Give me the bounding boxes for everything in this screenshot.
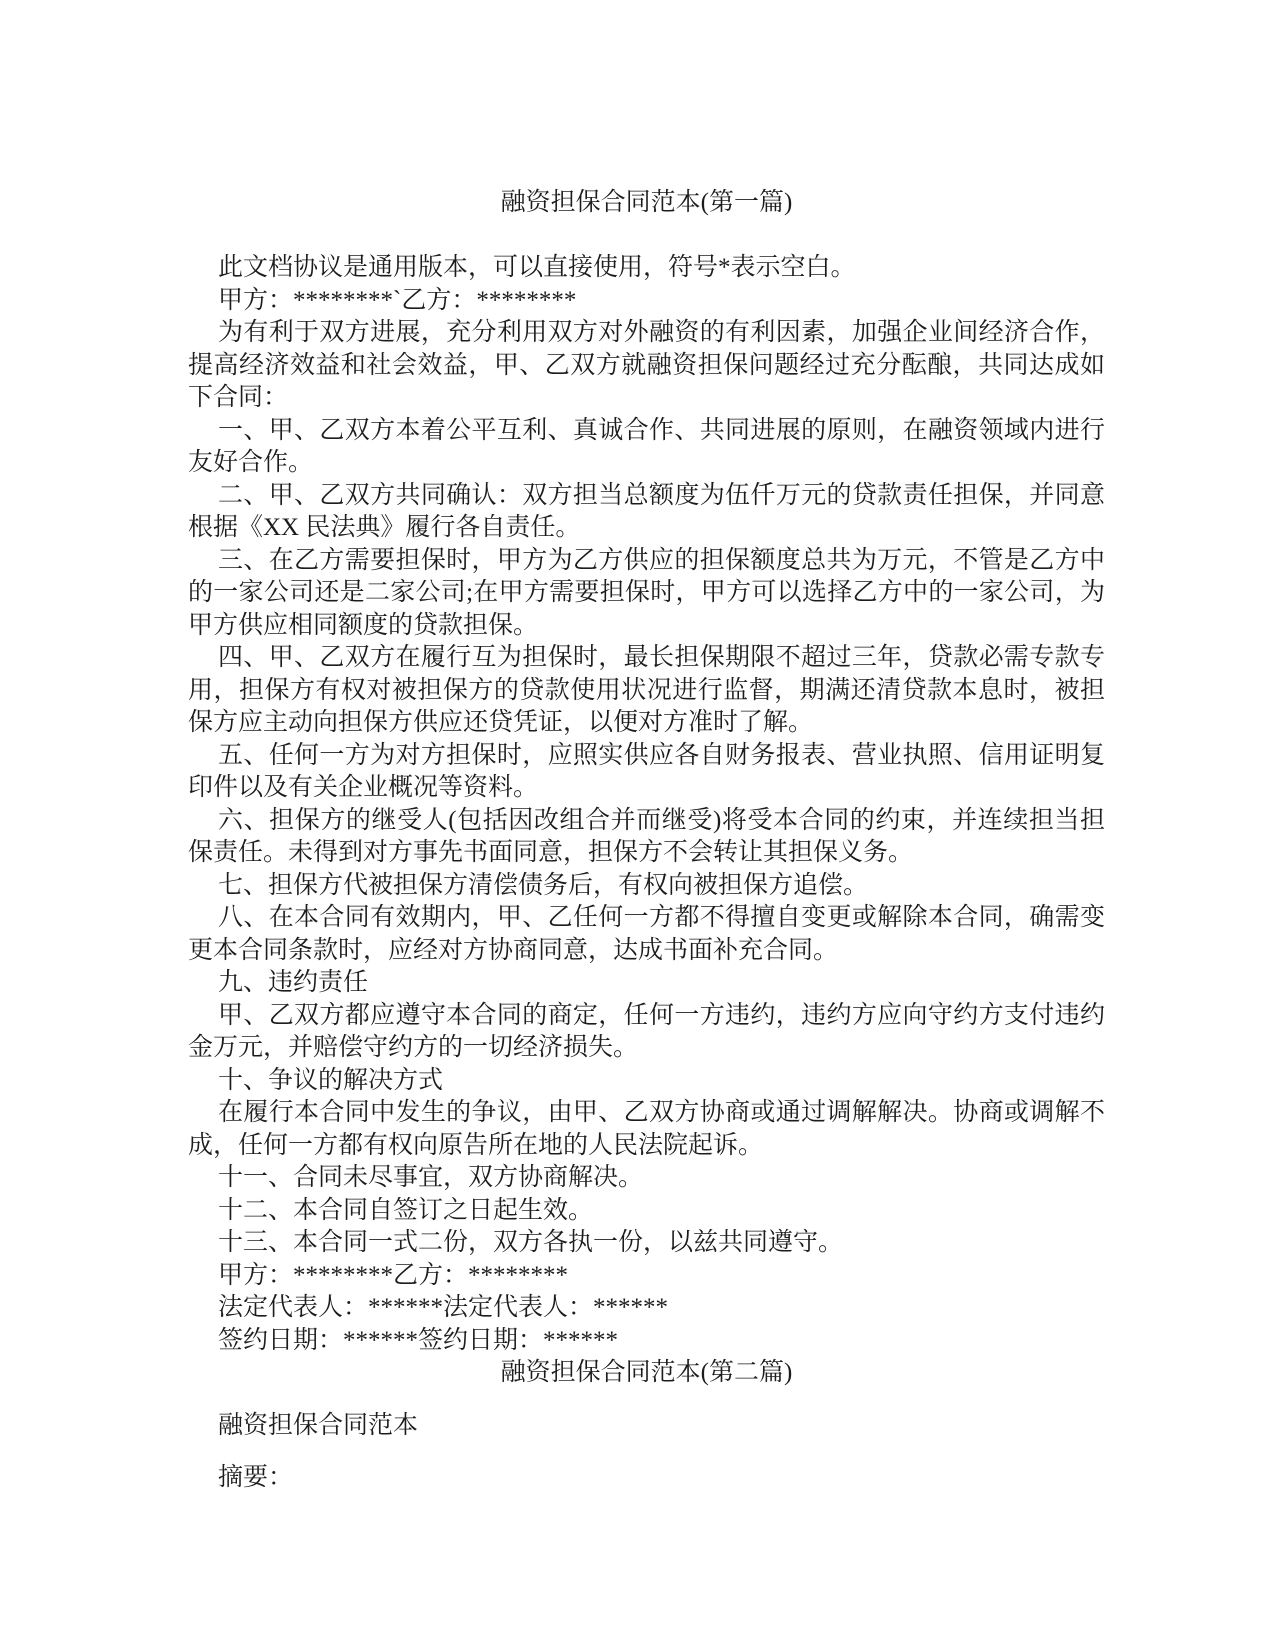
contract-paragraph: 十三、本合同一式二份，双方各执一份，以兹共同遵守。 — [188, 1227, 1105, 1260]
document-page: 融资担保合同范本(第一篇) 此文档协议是通用版本，可以直接使用，符号*表示空白。… — [0, 0, 1275, 1650]
contract-paragraph: 法定代表人：******法定代表人：****** — [188, 1292, 1105, 1325]
part2-title: 融资担保合同范本(第二篇) — [188, 1357, 1105, 1390]
document-content: 融资担保合同范本(第一篇) 此文档协议是通用版本，可以直接使用，符号*表示空白。… — [188, 187, 1105, 1495]
contract-paragraph: 甲方：********乙方：******** — [188, 1260, 1105, 1293]
contract-paragraph: 为有利于双方进展，充分利用双方对外融资的有利因素，加强企业间经济合作，提高经济效… — [188, 317, 1105, 415]
contract-paragraph: 五、任何一方为对方担保时，应照实供应各自财务报表、营业执照、信用证明复印件以及有… — [188, 740, 1105, 805]
part1-body: 此文档协议是通用版本，可以直接使用，符号*表示空白。甲方：********`乙方… — [188, 252, 1105, 1357]
contract-paragraph: 三、在乙方需要担保时，甲方为乙方供应的担保额度总共为万元，不管是乙方中的一家公司… — [188, 545, 1105, 643]
part2-abstract-label: 摘要： — [188, 1462, 1105, 1495]
contract-paragraph: 十、争议的解决方式 — [188, 1065, 1105, 1098]
contract-paragraph: 四、甲、乙双方在履行互为担保时，最长担保期限不超过三年，贷款必需专款专用，担保方… — [188, 642, 1105, 740]
contract-paragraph: 此文档协议是通用版本，可以直接使用，符号*表示空白。 — [188, 252, 1105, 285]
contract-paragraph: 九、违约责任 — [188, 967, 1105, 1000]
contract-paragraph: 八、在本合同有效期内，甲、乙任何一方都不得擅自变更或解除本合同，确需变更本合同条… — [188, 902, 1105, 967]
contract-paragraph: 十一、合同未尽事宜，双方协商解决。 — [188, 1162, 1105, 1195]
contract-paragraph: 甲方：********`乙方：******** — [188, 285, 1105, 318]
contract-paragraph: 签约日期：******签约日期：****** — [188, 1325, 1105, 1358]
contract-paragraph: 七、担保方代被担保方清偿债务后，有权向被担保方追偿。 — [188, 870, 1105, 903]
contract-paragraph: 十二、本合同自签订之日起生效。 — [188, 1195, 1105, 1228]
contract-paragraph: 六、担保方的继受人(包括因改组合并而继受)将受本合同的约束，并连续担当担保责任。… — [188, 805, 1105, 870]
contract-paragraph: 二、甲、乙双方共同确认：双方担当总额度为伍仟万元的贷款责任担保，并同意根据《XX… — [188, 480, 1105, 545]
part2-heading: 融资担保合同范本 — [188, 1410, 1105, 1443]
contract-paragraph: 甲、乙双方都应遵守本合同的商定，任何一方违约，违约方应向守约方支付违约金万元，并… — [188, 1000, 1105, 1065]
part1-title: 融资担保合同范本(第一篇) — [188, 187, 1105, 220]
contract-paragraph: 一、甲、乙双方本着公平互利、真诚合作、共同进展的原则，在融资领域内进行友好合作。 — [188, 415, 1105, 480]
contract-paragraph: 在履行本合同中发生的争议，由甲、乙双方协商或通过调解解决。协商或调解不成，任何一… — [188, 1097, 1105, 1162]
